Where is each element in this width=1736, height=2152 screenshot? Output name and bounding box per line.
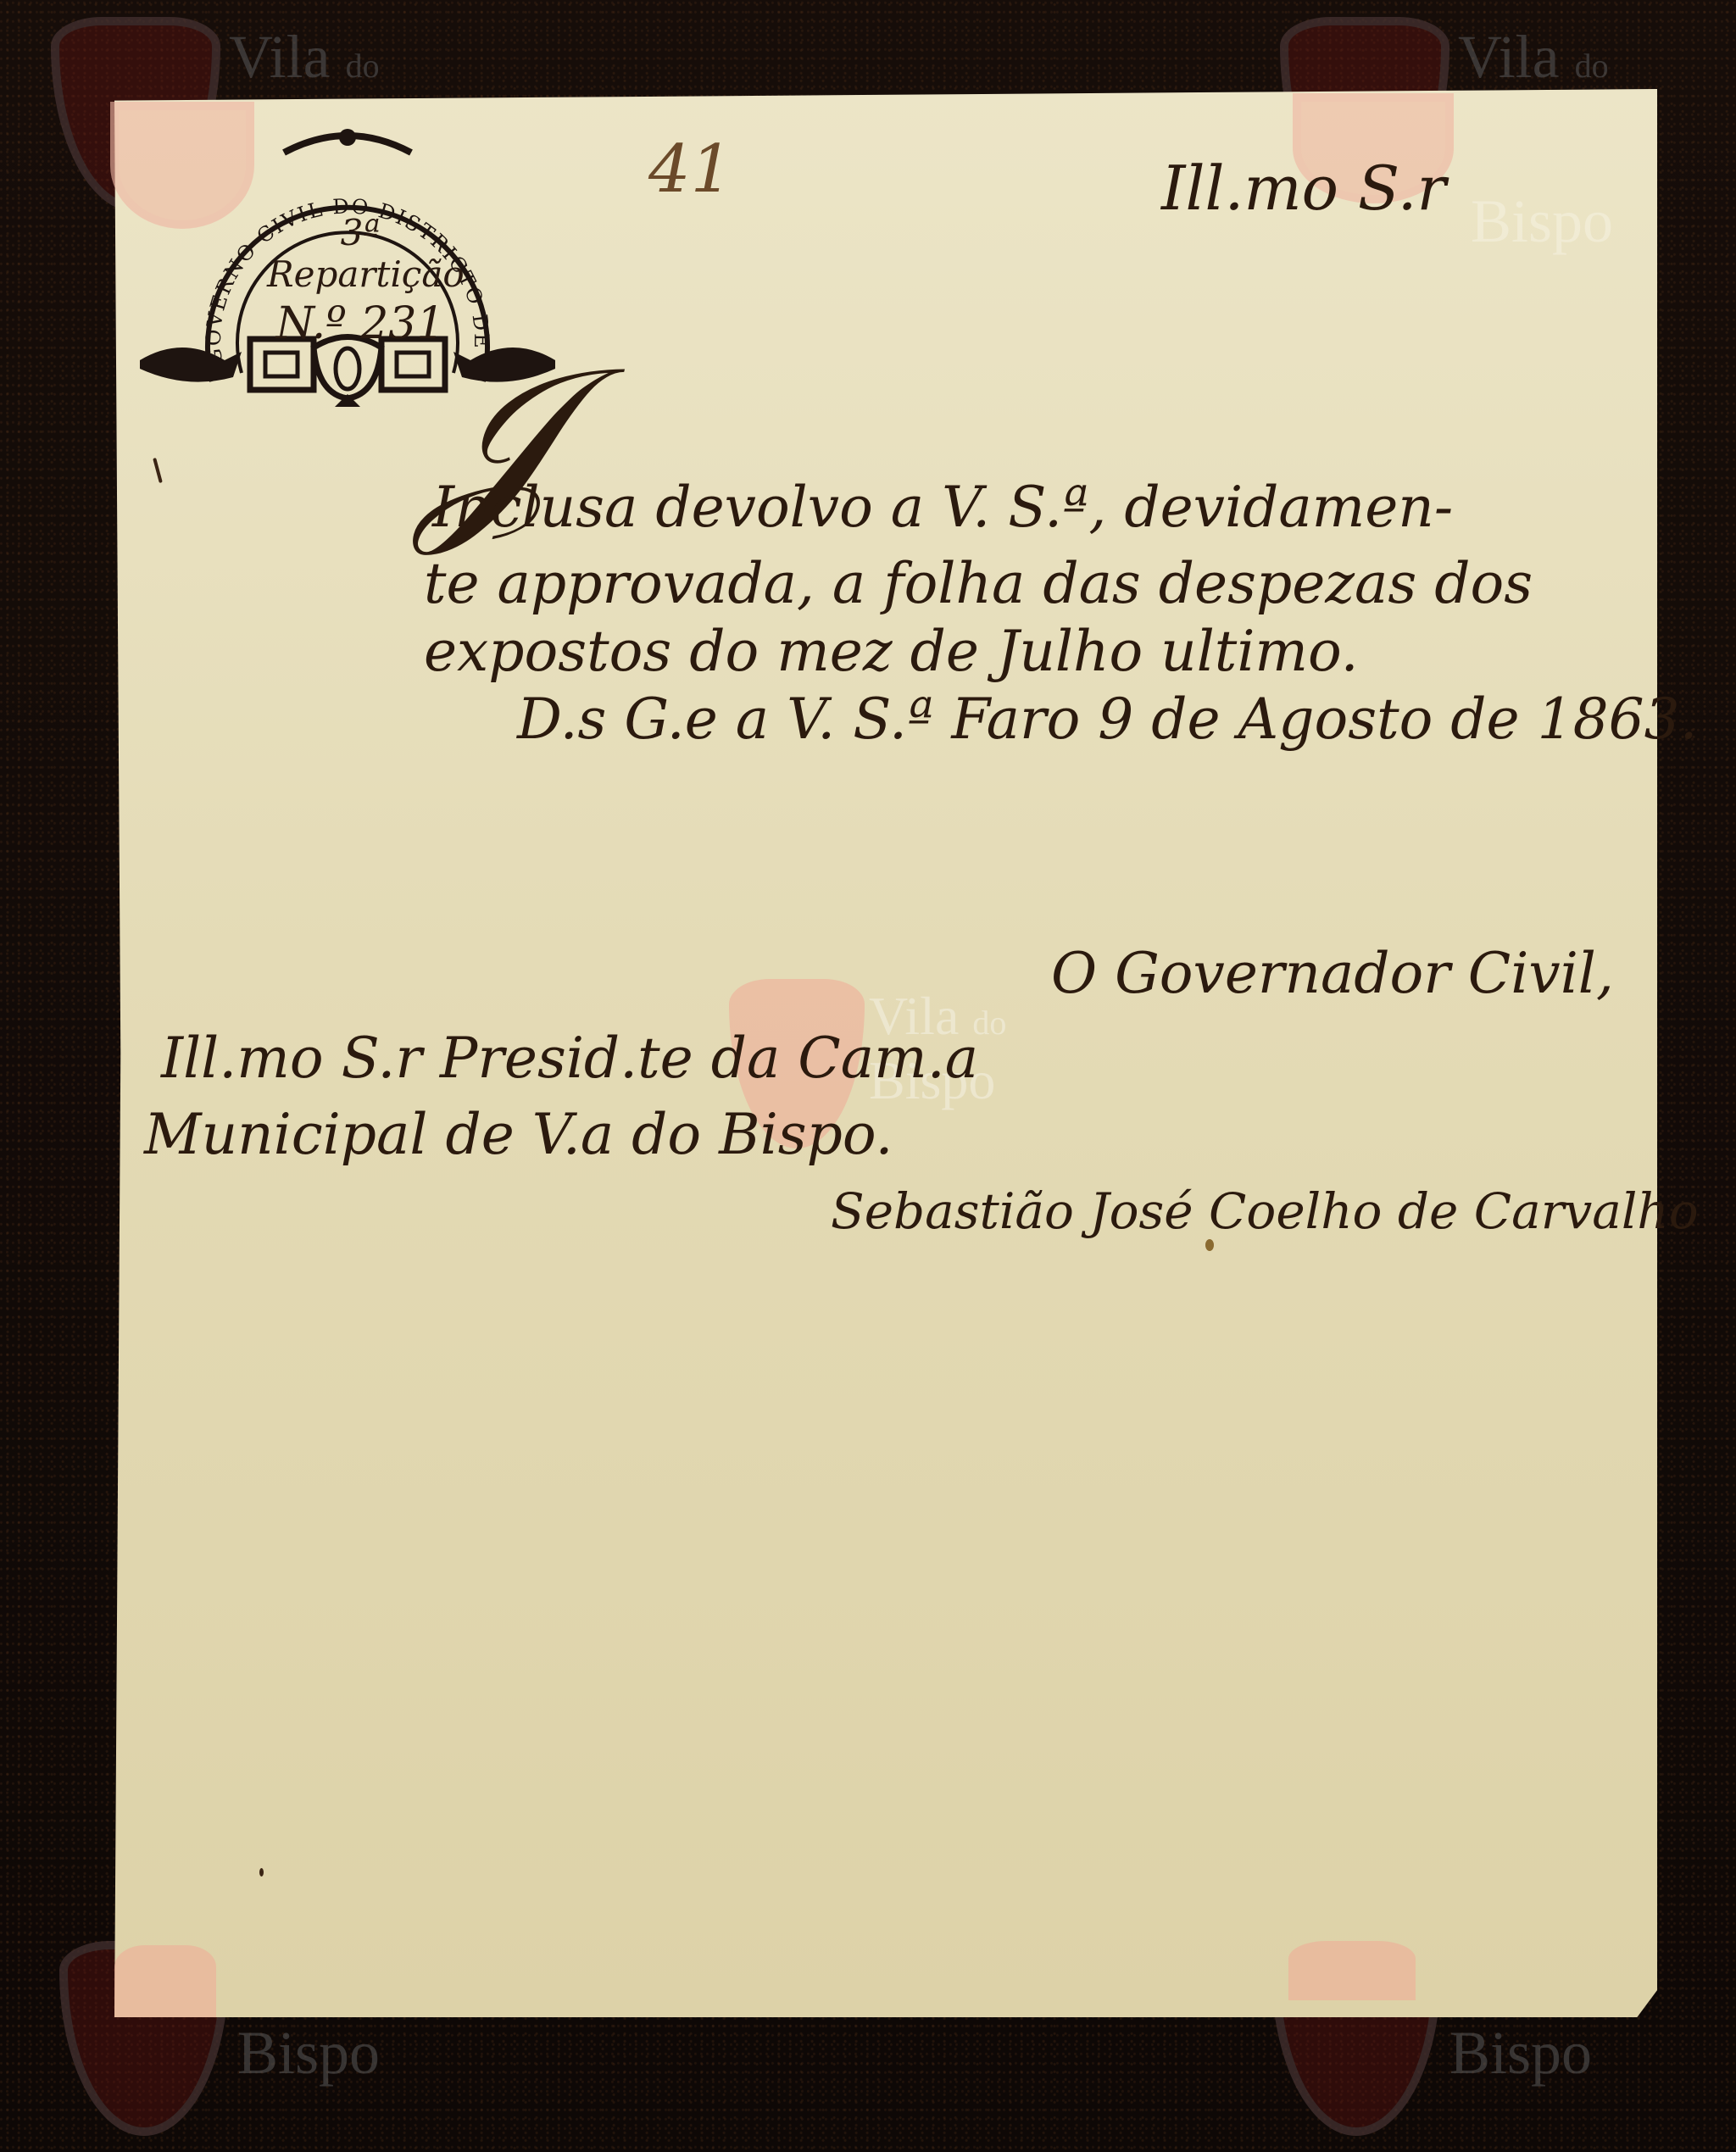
stamp-section: 3ª Repartição (267, 212, 453, 295)
addressee-line-2: Municipal de V.a do Bispo. (144, 1102, 893, 1167)
stain-spot (1205, 1239, 1214, 1251)
ink-spot (259, 1868, 264, 1877)
shield-icon (1288, 1941, 1416, 2000)
body-line-1: Inclusa devolvo a V. S.ª, devidamen- (432, 475, 1453, 540)
shield-icon (114, 1945, 216, 2017)
page-number: 41 (648, 131, 732, 208)
body-line-3: expostos do mez de Julho ultimo. (424, 619, 1359, 684)
salutation: Ill.mo S.r (1161, 153, 1446, 224)
dateline: D.s G.e a V. S.ª Faro 9 de Agosto de 186… (517, 687, 1698, 752)
watermark-paper-bottom-left (114, 1945, 487, 2132)
body-line-2: te approvada, a folha das despezas dos (424, 551, 1533, 616)
watermark-text: Bispo (1471, 127, 1613, 253)
signature: Sebastião José Coelho de Carvalho (831, 1182, 1699, 1240)
watermark-paper-bottom-right (1288, 1941, 1661, 2127)
addressee-line-1: Ill.mo S.r Presid.te da Cam.a (161, 1026, 978, 1091)
closing-title: O Governador Civil, (1051, 941, 1614, 1006)
